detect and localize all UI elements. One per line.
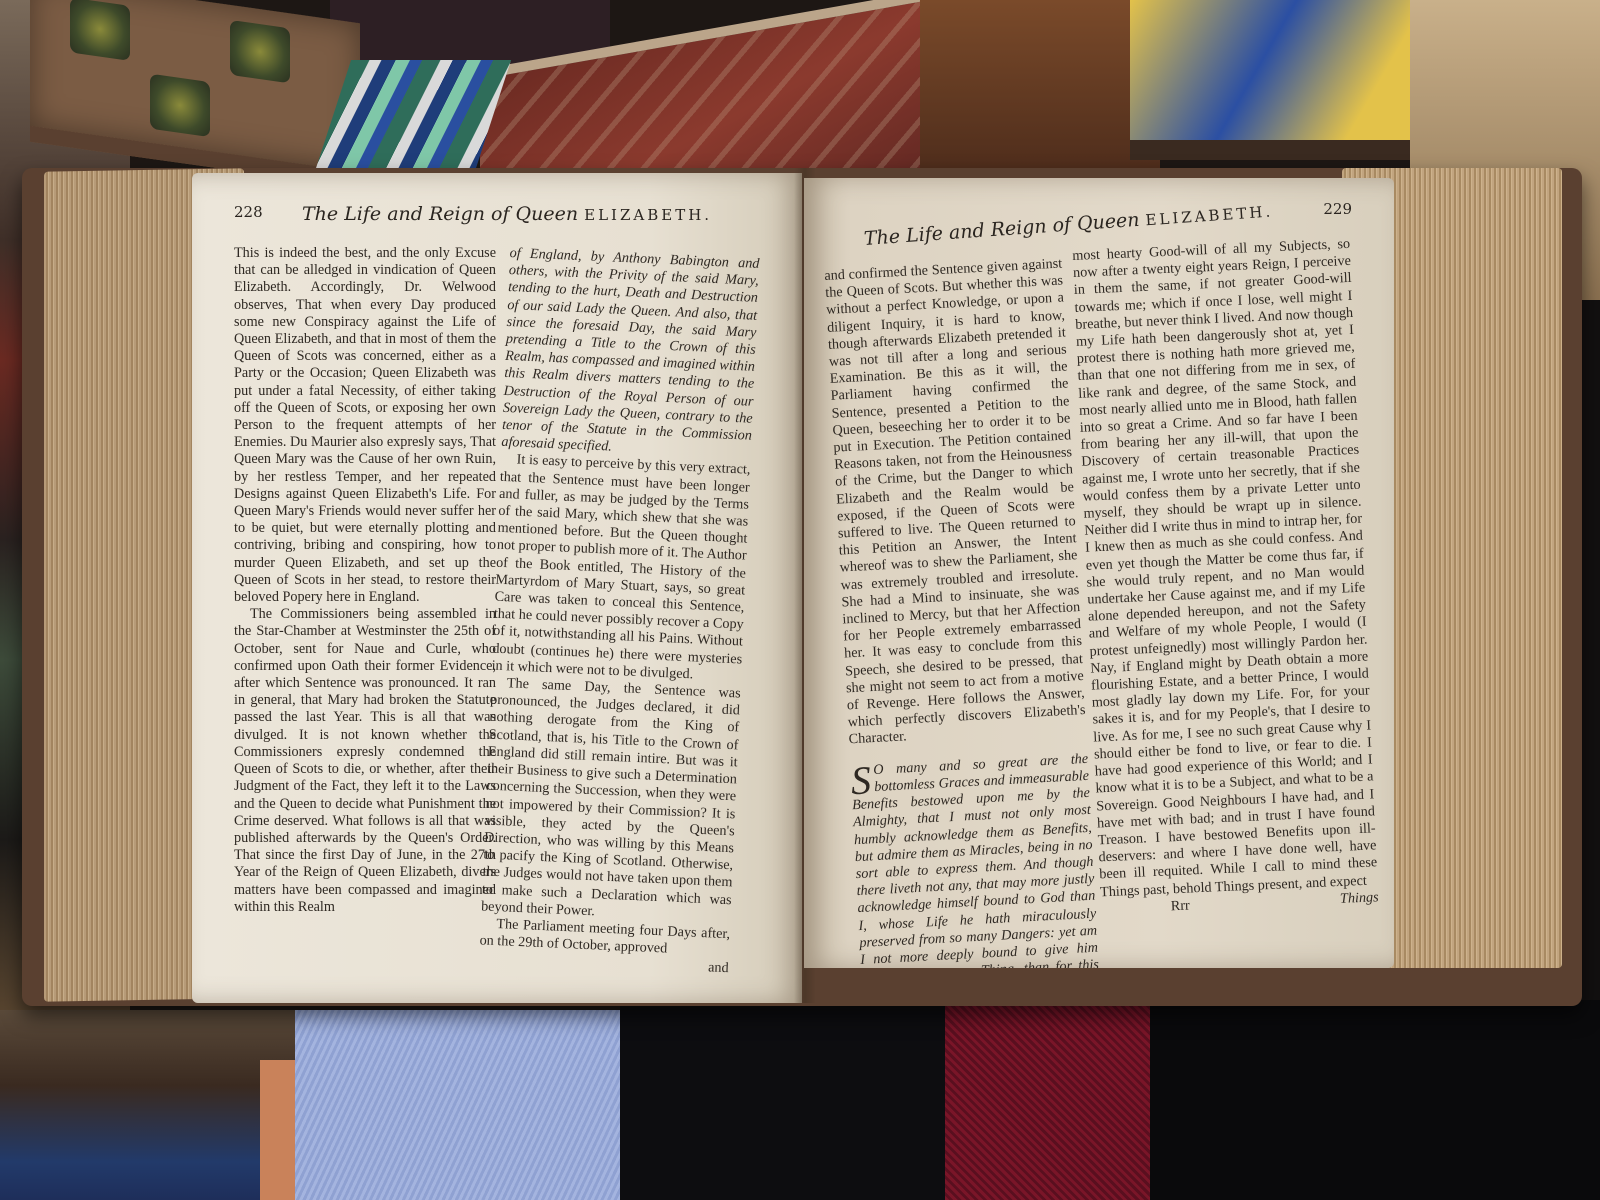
signature: Rrr	[1170, 897, 1190, 915]
wooden-furniture	[920, 0, 1160, 190]
paragraph: It is easy to perceive by this very extr…	[491, 451, 751, 685]
running-title-italic: The Life and Reign of Queen	[863, 209, 1140, 250]
paragraph: of England, by Anthony Babington and oth…	[501, 245, 760, 462]
running-title-caps: ELIZABETH.	[1145, 202, 1274, 229]
page-number: 229	[1323, 200, 1352, 218]
speech-text: O many and so great are the bottomless G…	[852, 751, 1101, 968]
text-column-left-b: of England, by Anthony Babington and oth…	[478, 245, 759, 978]
running-title-caps: ELIZABETH.	[584, 206, 712, 224]
cover-ornament	[150, 74, 210, 137]
paragraph: and confirmed the Sentence given against…	[824, 256, 1087, 749]
running-title: The Life and Reign of Queen ELIZABETH.	[302, 203, 712, 225]
text-column-right-d: most hearty Good-will of all my Subjects…	[1072, 236, 1379, 919]
dark-trousers	[620, 1000, 950, 1200]
bookshelf-bottom-left	[0, 1010, 300, 1200]
drop-cap: S	[850, 764, 875, 797]
left-page: 228 The Life and Reign of Queen ELIZABET…	[192, 173, 802, 1003]
photo-scene: 228 The Life and Reign of Queen ELIZABET…	[0, 0, 1600, 1200]
cover-ornament	[230, 20, 290, 83]
paragraph: This is indeed the best, and the only Ex…	[234, 245, 496, 606]
paragraph: The same Day, the Sentence was pronounce…	[481, 675, 741, 927]
illustrated-book-background	[1130, 0, 1420, 160]
page-number: 228	[234, 203, 263, 221]
text-column-right-c: and confirmed the Sentence given against…	[824, 256, 1103, 968]
running-head-left: 228 The Life and Reign of Queen ELIZABET…	[192, 203, 802, 229]
queens-answer: SO many and so great are the bottomless …	[850, 751, 1102, 968]
running-head-right: The Life and Reign of Queen ELIZABETH. 2…	[804, 208, 1394, 234]
red-tie	[945, 1000, 1150, 1200]
paragraph: The Commissioners being assembled in the…	[234, 606, 496, 916]
shirt-sleeve	[295, 1010, 665, 1200]
open-book: 228 The Life and Reign of Queen ELIZABET…	[22, 168, 1582, 1008]
right-page: The Life and Reign of Queen ELIZABETH. 2…	[804, 178, 1394, 968]
paragraph: most hearty Good-will of all my Subjects…	[1072, 236, 1378, 901]
running-title-italic: The Life and Reign of Queen	[302, 203, 578, 225]
catchword: Things	[1340, 889, 1379, 908]
dark-trousers-right	[1150, 1000, 1600, 1200]
text-column-left-a: This is indeed the best, and the only Ex…	[234, 245, 496, 916]
cover-ornament	[70, 0, 130, 61]
